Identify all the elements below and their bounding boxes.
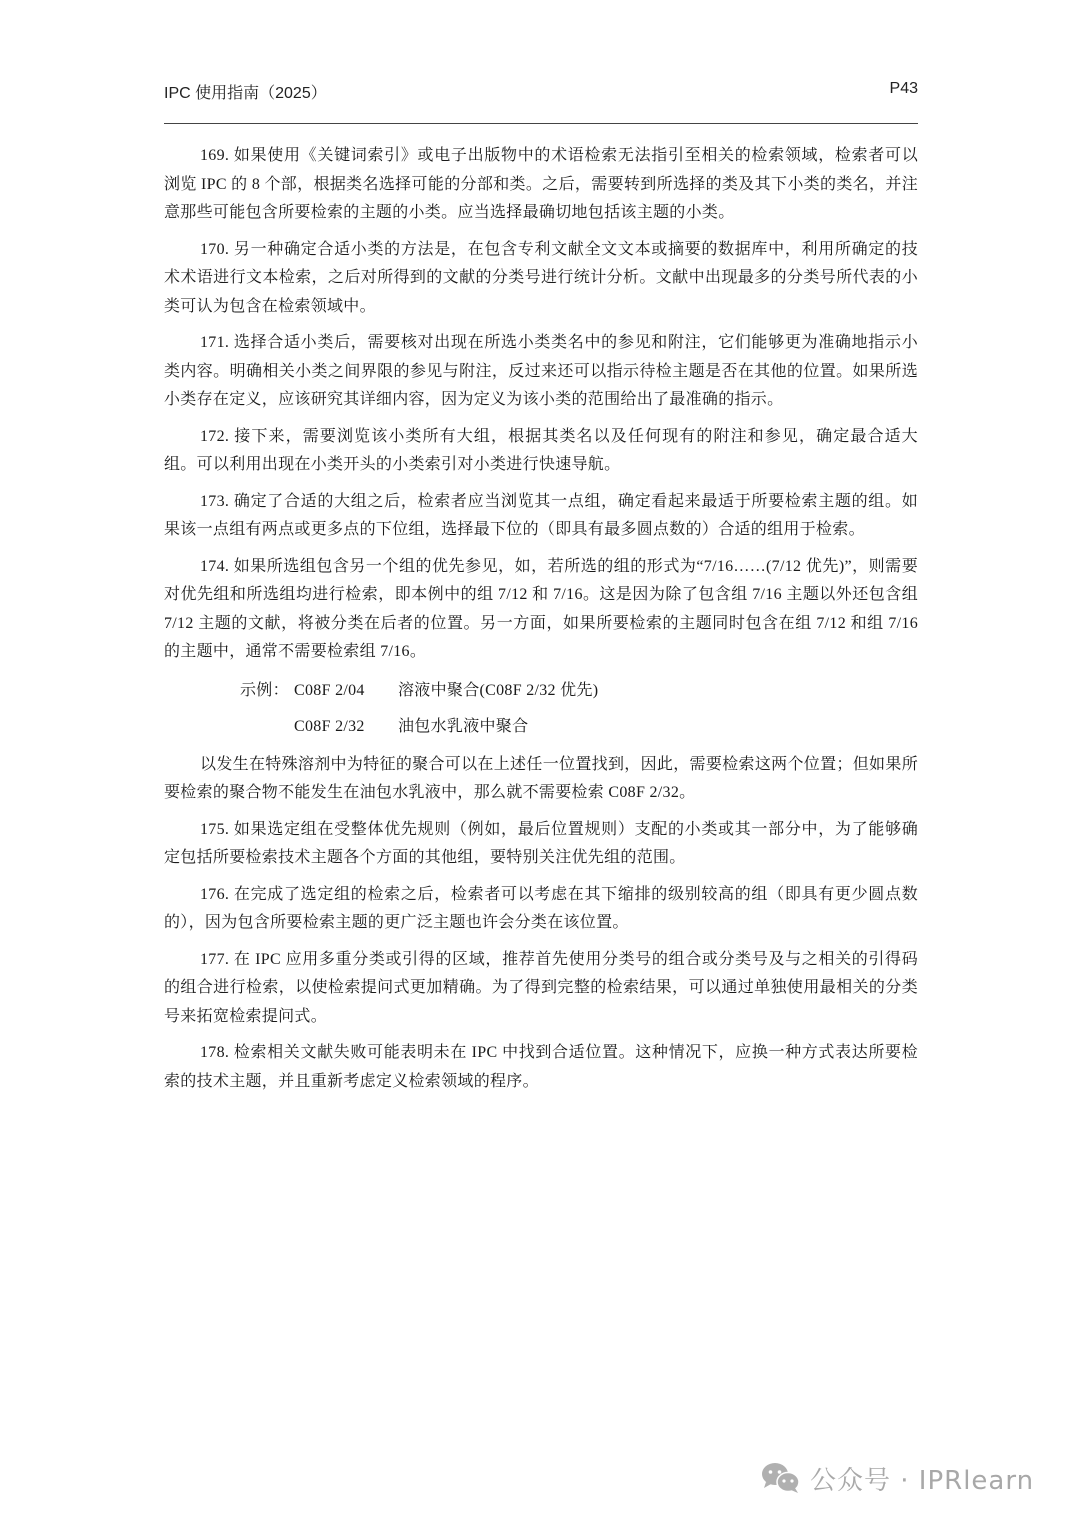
paragraph-173: 173. 确定了合适的大组之后，检索者应当浏览其一点组，确定看起来最适于所要检索…	[164, 488, 918, 545]
page-number: P43	[890, 80, 918, 98]
wechat-icon	[760, 1461, 802, 1495]
example-description: 溶液中聚合(C08F 2/32 优先)	[398, 673, 598, 709]
example-row-2: C08F 2/32 油包水乳液中聚合	[164, 709, 918, 745]
example-code: C08F 2/04	[294, 673, 365, 709]
paragraph-176: 176. 在完成了选定组的检索之后，检索者可以考虑在其下缩排的级别较高的组（即具…	[164, 881, 918, 938]
paragraph-174: 174. 如果所选组包含另一个组的优先参见，如，若所选的组的形式为“7/16………	[164, 553, 918, 667]
paragraph-169: 169. 如果使用《关键词索引》或电子出版物中的术语检索无法指引至相关的检索领域…	[164, 142, 918, 228]
paragraph-172: 172. 接下来，需要浏览该小类所有大组，根据其类名以及任何现有的附注和参见，确…	[164, 423, 918, 480]
paragraph-175: 175. 如果选定组在受整体优先规则（例如，最后位置规则）支配的小类或其一部分中…	[164, 816, 918, 873]
paragraph-178: 178. 检索相关文献失败可能表明未在 IPC 中找到合适位置。这种情况下，应换…	[164, 1039, 918, 1096]
paragraph-177: 177. 在 IPC 应用多重分类或引得的区域，推荐首先使用分类号的组合或分类号…	[164, 946, 918, 1032]
example-label: 示例：	[240, 673, 289, 709]
example-code: C08F 2/32	[294, 709, 365, 745]
paragraph-170: 170. 另一种确定合适小类的方法是，在包含专利文献全文文本或摘要的数据库中，利…	[164, 236, 918, 322]
example-description: 油包水乳液中聚合	[398, 709, 528, 745]
watermark: 公众号 · IPRlearn	[760, 1458, 1034, 1498]
example-note: 以发生在特殊溶剂中为特征的聚合可以在上述任一位置找到，因此，需要检索这两个位置；…	[164, 751, 918, 808]
page-body: 169. 如果使用《关键词索引》或电子出版物中的术语检索无法指引至相关的检索领域…	[164, 142, 918, 1104]
header-divider	[164, 123, 918, 124]
example-row-1: 示例： C08F 2/04 溶液中聚合(C08F 2/32 优先)	[164, 673, 918, 709]
document-title: IPC 使用指南（2025）	[164, 80, 327, 103]
paragraph-171: 171. 选择合适小类后，需要核对出现在所选小类类名中的参见和附注，它们能够更为…	[164, 329, 918, 415]
watermark-text: 公众号 · IPRlearn	[810, 1460, 1034, 1497]
page-header: IPC 使用指南（2025） P43	[164, 76, 918, 106]
